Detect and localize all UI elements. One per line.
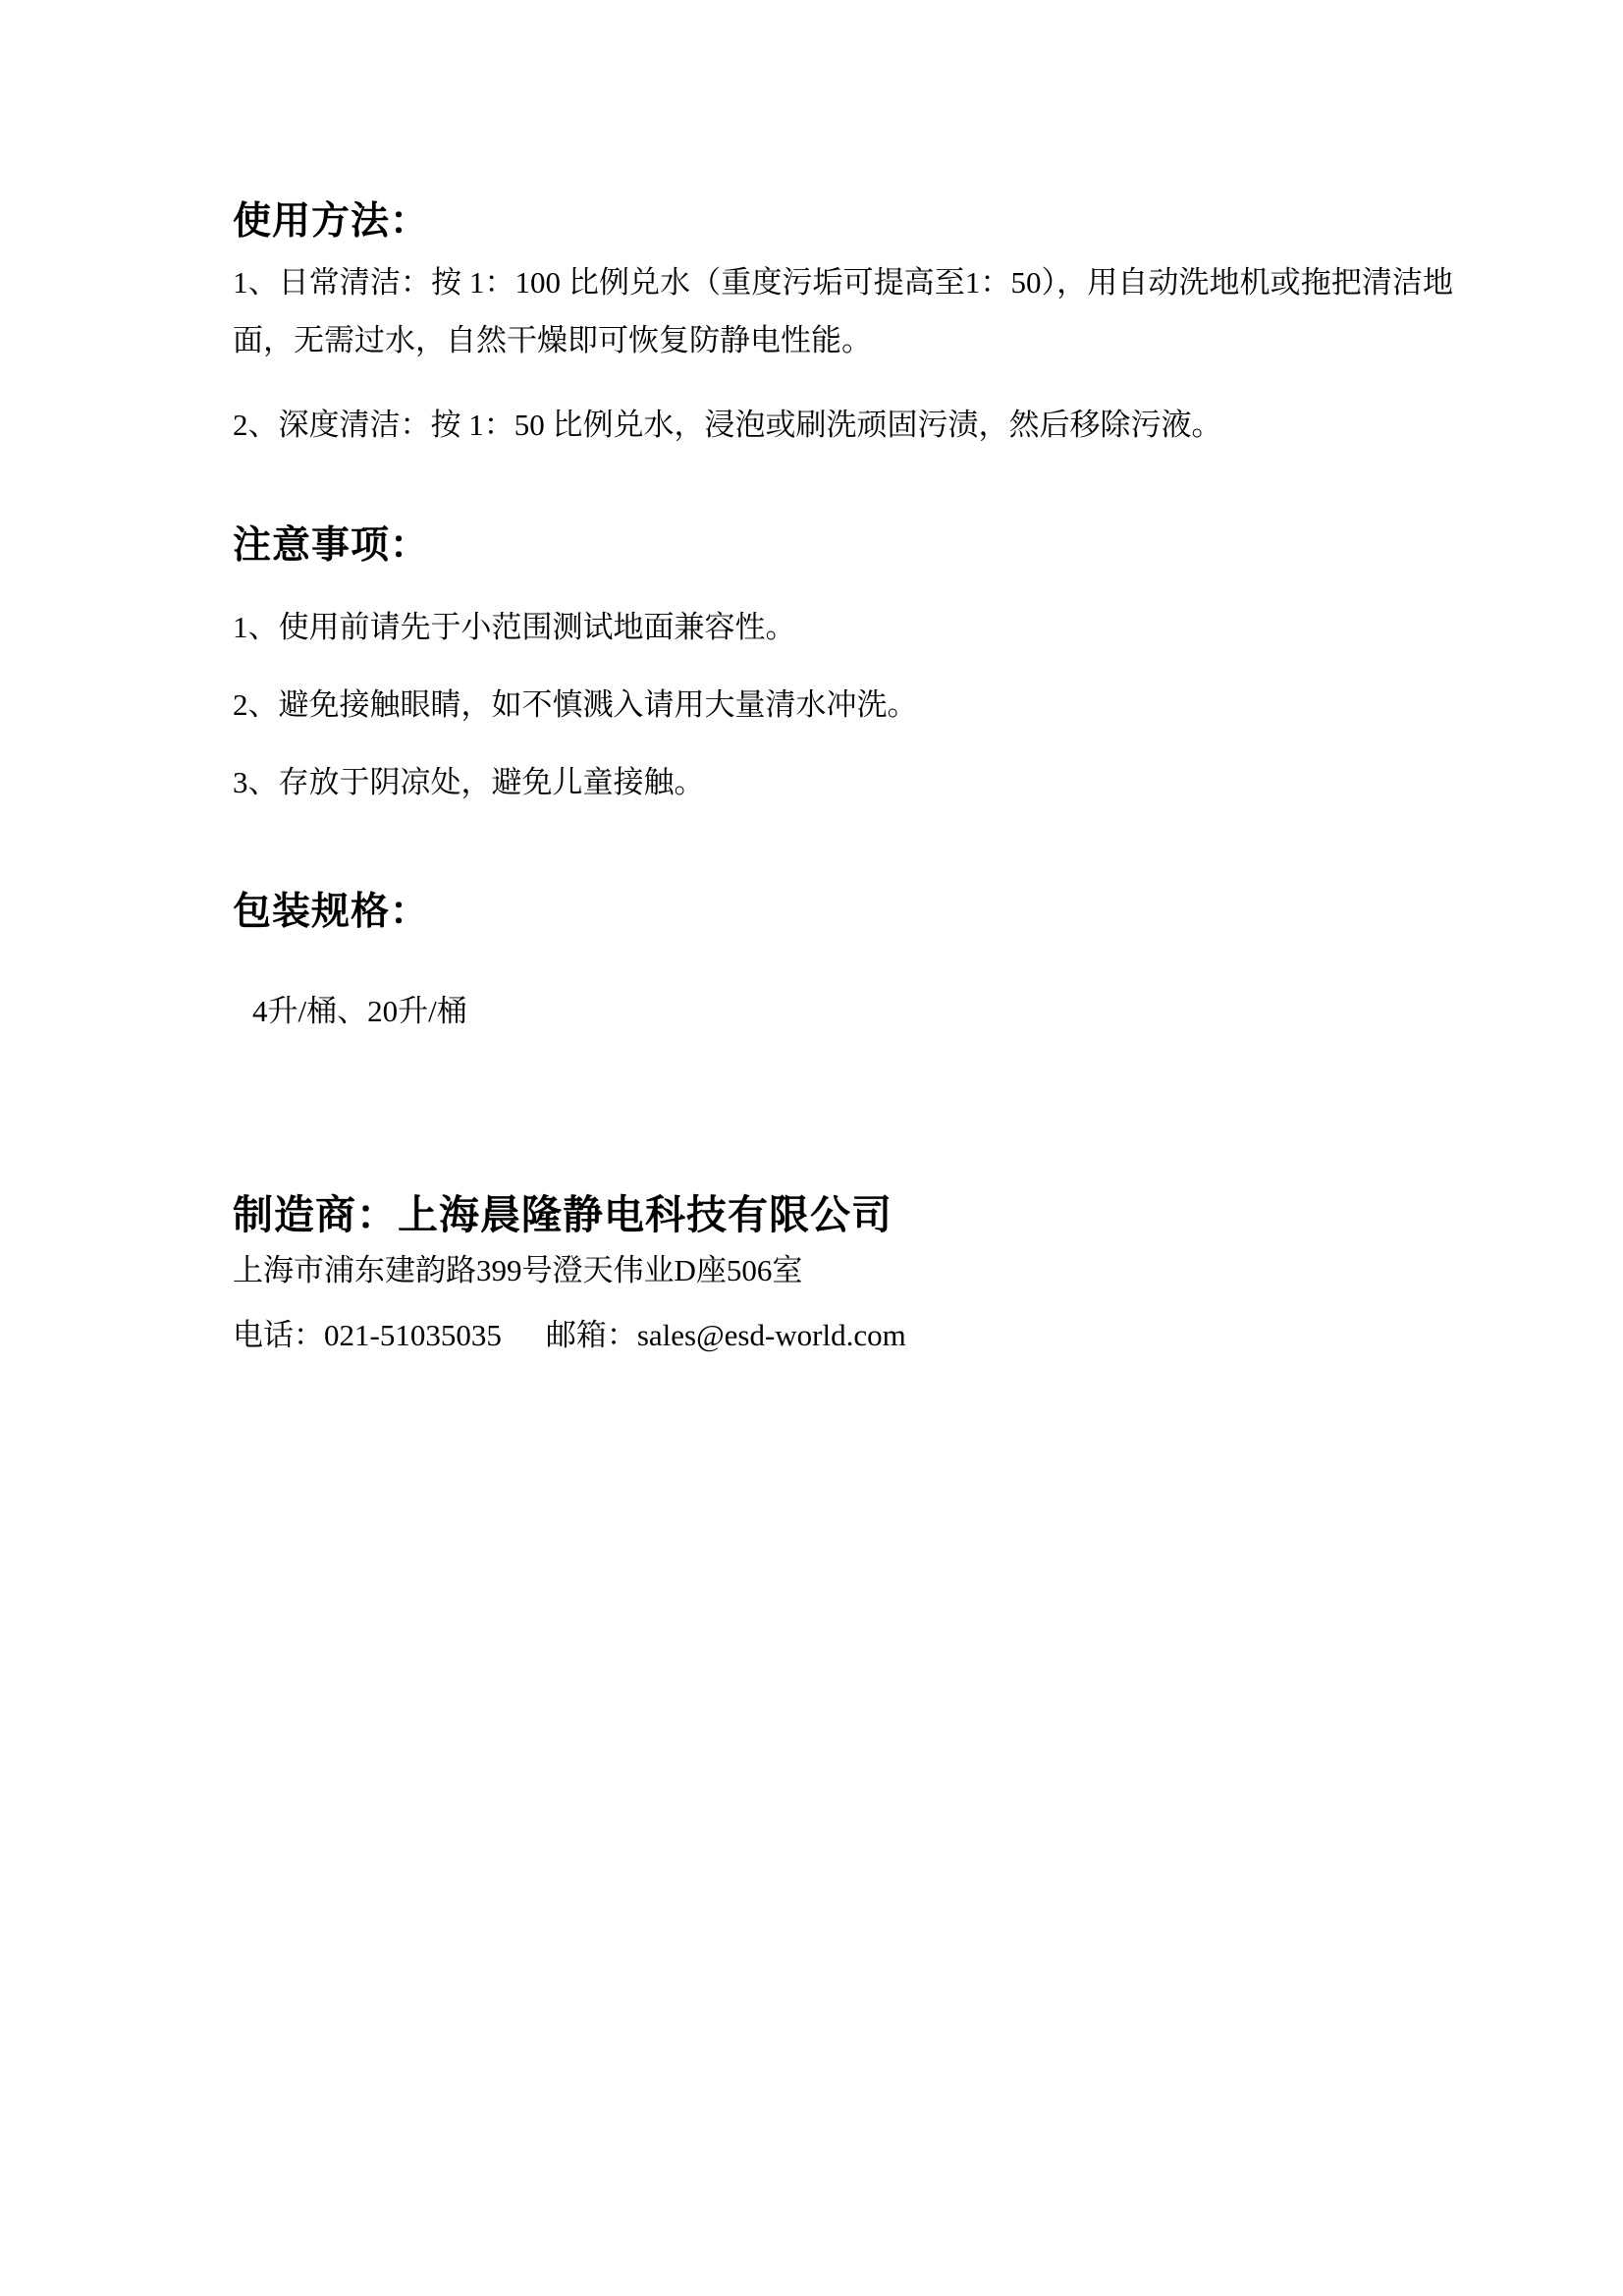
packaging-section-heading: 包装规格： — [233, 890, 1453, 935]
usage-paragraph-deep-cleaning: 2、深度清洁：按 1：50 比例兑水，浸泡或刷洗顽固污渍，然后移除污液。 — [233, 396, 1453, 454]
phone-label: 电话： — [233, 1318, 324, 1352]
precautions-section-heading: 注意事项： — [233, 523, 1453, 569]
packaging-spec-text: 4升/桶、20升/桶 — [233, 982, 1453, 1040]
manufacturer-heading: 制造商：上海晨隆静电科技有限公司 — [233, 1191, 1453, 1238]
document-page: 使用方法： 1、日常清洁：按 1：100 比例兑水（重度污垢可提高至1：50），… — [0, 0, 1623, 2296]
document-content: 使用方法： 1、日常清洁：按 1：100 比例兑水（重度污垢可提高至1：50），… — [0, 0, 1623, 1361]
usage-section-heading: 使用方法： — [233, 199, 1453, 245]
precautions-list: 1、使用前请先于小范围测试地面兼容性。 2、避免接触眼睛，如不慎溅入请用大量清水… — [233, 598, 1453, 811]
manufacturer-address: 上海市浦东建韵路399号澄天伟业D座506室 — [233, 1245, 1453, 1296]
precaution-item-storage: 3、存放于阴凉处，避免儿童接触。 — [233, 753, 1453, 811]
precaution-item-avoid-eyes: 2、避免接触眼睛，如不慎溅入请用大量清水冲洗。 — [233, 676, 1453, 734]
email-address: sales@esd-world.com — [637, 1318, 906, 1352]
email-label: 邮箱： — [546, 1318, 637, 1352]
phone-number: 021-51035035 — [324, 1318, 502, 1352]
manufacturer-contact-line: 电话：021-51035035邮箱：sales@esd-world.com — [233, 1310, 1453, 1361]
precaution-item-test-compatibility: 1、使用前请先于小范围测试地面兼容性。 — [233, 598, 1453, 656]
usage-paragraph-daily-cleaning: 1、日常清洁：按 1：100 比例兑水（重度污垢可提高至1：50），用自动洗地机… — [233, 253, 1453, 369]
